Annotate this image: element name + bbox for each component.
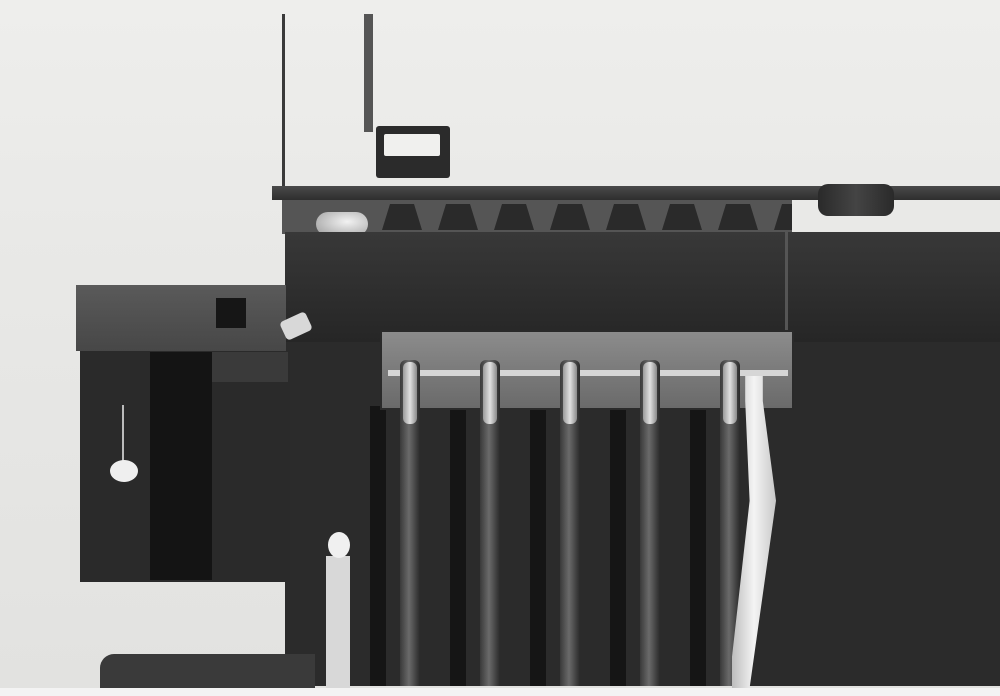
panel-shadow bbox=[530, 406, 546, 686]
probe-wire bbox=[122, 405, 124, 461]
flume-cell bbox=[382, 204, 422, 230]
sensor-housing bbox=[818, 184, 894, 216]
panel-shadow bbox=[610, 406, 626, 686]
base-plate bbox=[100, 654, 315, 688]
flume-cell bbox=[438, 204, 478, 230]
flume-seam bbox=[785, 232, 788, 342]
panel-shadow bbox=[690, 406, 706, 686]
probe bbox=[110, 460, 138, 482]
flume-cell bbox=[662, 204, 702, 230]
photograph bbox=[0, 0, 1000, 696]
adjustment-knob bbox=[216, 298, 246, 328]
flume-cell bbox=[494, 204, 534, 230]
stand-bulb bbox=[328, 532, 350, 558]
flume-cell bbox=[718, 204, 758, 230]
tube-fitting bbox=[563, 362, 577, 424]
flume-cell bbox=[550, 204, 590, 230]
wall-cable bbox=[282, 14, 285, 192]
panel-shadow bbox=[370, 406, 386, 686]
wall-post bbox=[364, 14, 373, 132]
side-box-top bbox=[76, 285, 286, 351]
tube-fitting bbox=[643, 362, 657, 424]
stand-rod bbox=[326, 556, 350, 688]
panel-shadow bbox=[450, 406, 466, 686]
tube-fitting bbox=[723, 362, 737, 424]
flume-body bbox=[285, 232, 1000, 342]
side-box-panel bbox=[212, 352, 288, 382]
flume-cell bbox=[606, 204, 646, 230]
side-box-opening bbox=[150, 352, 212, 580]
tube-fitting bbox=[483, 362, 497, 424]
tube-fitting bbox=[403, 362, 417, 424]
photo-border bbox=[0, 688, 1000, 696]
wall-tray bbox=[376, 126, 450, 178]
